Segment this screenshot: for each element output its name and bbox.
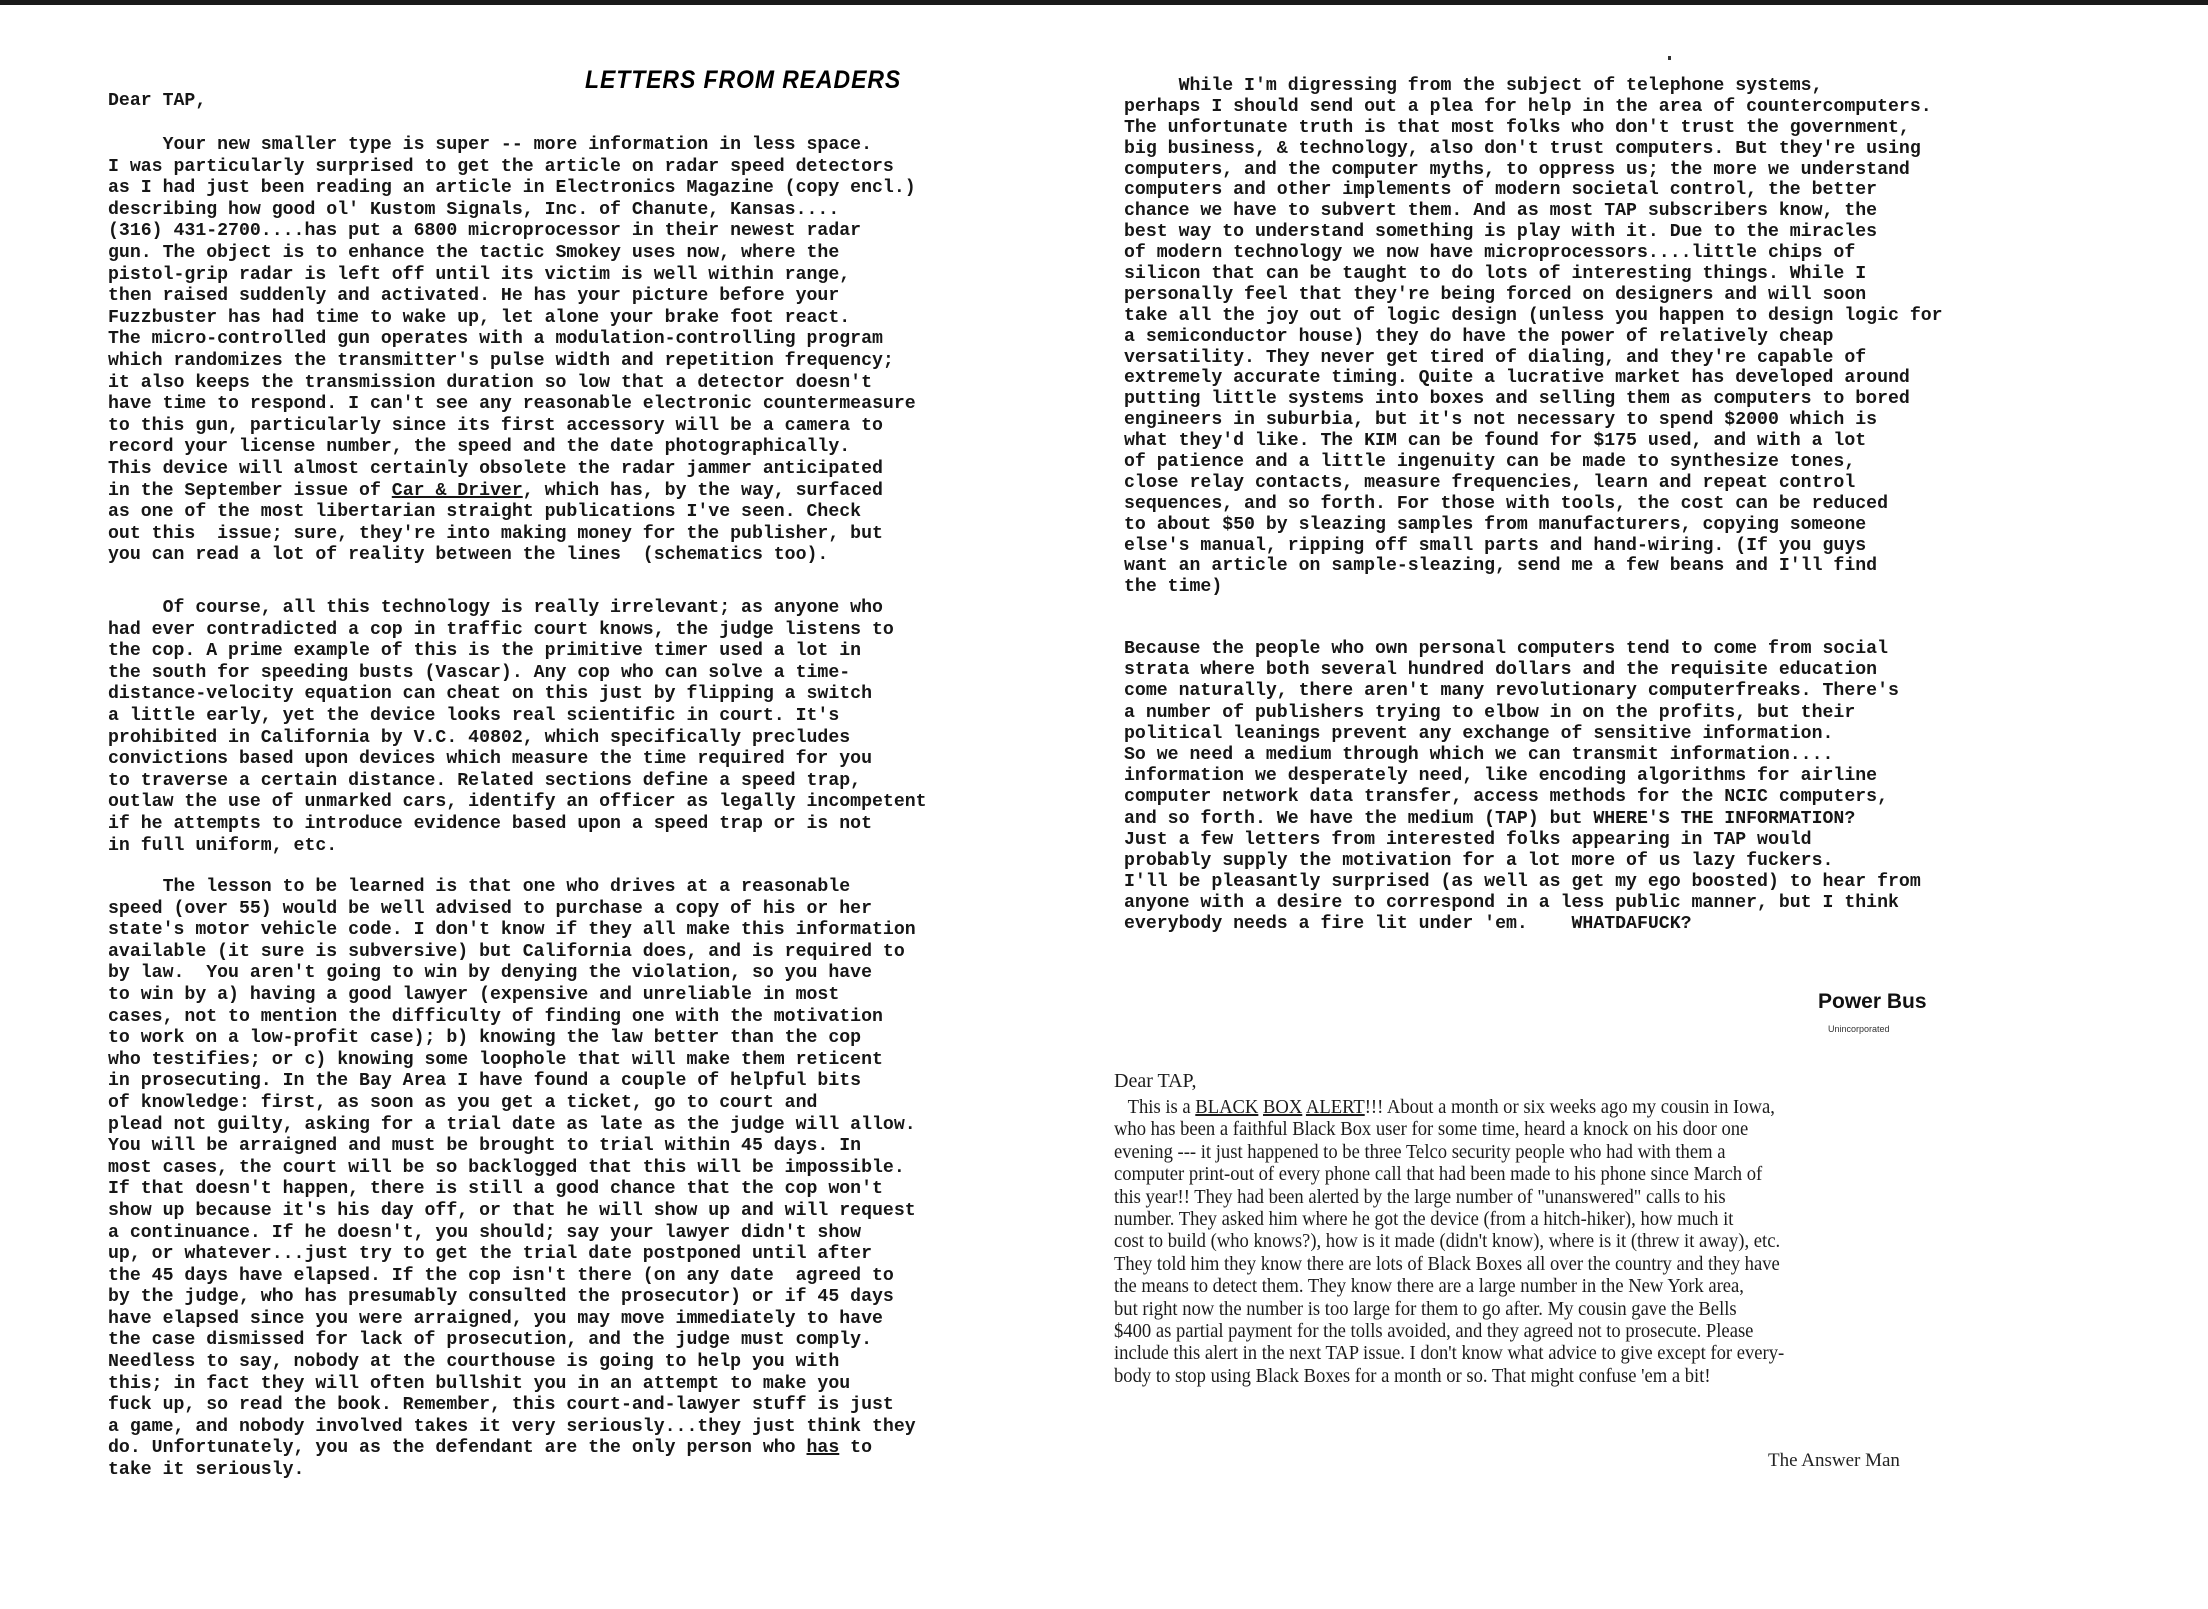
text-line: what they'd like. The KIM can be found f… — [1124, 431, 1943, 452]
text-line: want an article on sample-sleazing, send… — [1124, 556, 1943, 577]
text-line: the means to detect them. They know ther… — [1114, 1275, 1784, 1297]
text-line: If that doesn't happen, there is still a… — [108, 1179, 916, 1201]
text-line: the case dismissed for lack of prosecuti… — [108, 1330, 916, 1352]
text-line: computers and other implements of modern… — [1124, 180, 1943, 201]
text-line: of modern technology we now have micropr… — [1124, 243, 1943, 264]
text-line: Just a few letters from interested folks… — [1124, 830, 1921, 851]
text-line: take all the joy out of logic design (un… — [1124, 306, 1943, 327]
text-line: convictions based upon devices which mea… — [108, 749, 927, 771]
text-run: , which has, by the way, surfaced — [523, 481, 883, 501]
text-line: if he attempts to introduce evidence bas… — [108, 814, 927, 836]
text-line: extremely accurate timing. Quite a lucra… — [1124, 368, 1943, 389]
text-line: versatility. They never get tired of dia… — [1124, 348, 1943, 369]
text-run: !!! About a month or six weeks ago my co… — [1365, 1096, 1775, 1118]
text-line: in prosecuting. In the Bay Area I have f… — [108, 1071, 916, 1093]
text-line: this year!! They had been alerted by the… — [1114, 1186, 1784, 1208]
text-line: to about $50 by sleazing samples from ma… — [1124, 515, 1943, 536]
text-line: plead not guilty, asking for a trial dat… — [108, 1115, 916, 1137]
text-line: $400 as partial payment for the tolls av… — [1114, 1320, 1784, 1342]
text-line: cost to build (who knows?), how is it ma… — [1114, 1230, 1784, 1252]
text-line: a continuance. If he doesn't, you should… — [108, 1223, 916, 1245]
letter1-paragraph-3: The lesson to be learned is that one who… — [108, 877, 916, 1482]
text-line: take it seriously. — [108, 1460, 916, 1482]
text-line: the cop. A prime example of this is the … — [108, 641, 927, 663]
text-line: most cases, the court will be so backlog… — [108, 1158, 916, 1180]
text-line: in the September issue of Car & Driver, … — [108, 481, 916, 503]
text-line: The unfortunate truth is that most folks… — [1124, 118, 1943, 139]
text-line: but right now the number is too large fo… — [1114, 1298, 1784, 1320]
text-line: of patience and a little ingenuity can b… — [1124, 452, 1943, 473]
text-line: number. They asked him where he got the … — [1114, 1208, 1784, 1230]
text-line: computers, and the computer myths, to op… — [1124, 160, 1943, 181]
text-line: putting little systems into boxes and se… — [1124, 389, 1943, 410]
text-line: prohibited in California by V.C. 40802, … — [108, 728, 927, 750]
text-run: to — [839, 1438, 872, 1458]
letter1-signature: Power Bus — [1818, 990, 1927, 1014]
text-line: have time to respond. I can't see any re… — [108, 394, 916, 416]
text-line: state's motor vehicle code. I don't know… — [108, 920, 916, 942]
text-line: body to stop using Black Boxes for a mon… — [1114, 1365, 1784, 1387]
text-line: describing how good ol' Kustom Signals, … — [108, 200, 916, 222]
text-line: a semiconductor house) they do have the … — [1124, 327, 1943, 348]
text-line: I'll be pleasantly surprised (as well as… — [1124, 872, 1921, 893]
text-line: The micro-controlled gun operates with a… — [108, 329, 916, 351]
alert-word: BOX — [1263, 1096, 1302, 1118]
text-line: which randomizes the transmitter's pulse… — [108, 351, 916, 373]
text-line: strata where both several hundred dollar… — [1124, 660, 1921, 681]
letter2-body: This is a BLACK BOX ALERT!!! About a mon… — [1114, 1096, 1835, 1387]
text-line: a little early, yet the device looks rea… — [108, 706, 927, 728]
letter1-paragraph-1: Your new smaller type is super -- more i… — [108, 135, 916, 567]
text-line: a number of publishers trying to elbow i… — [1124, 703, 1921, 724]
text-line: sequences, and so forth. For those with … — [1124, 494, 1943, 515]
letter2-salutation: Dear TAP, — [1114, 1070, 1196, 1093]
text-line: perhaps I should send out a plea for hel… — [1124, 97, 1943, 118]
text-line: computer print-out of every phone call t… — [1114, 1163, 1784, 1185]
text-line: political leanings prevent any exchange … — [1124, 724, 1921, 745]
scan-speck — [1668, 56, 1671, 60]
text-line: of knowledge: first, as soon as you get … — [108, 1093, 916, 1115]
text-line: cases, not to mention the difficulty of … — [108, 1007, 916, 1029]
underlined-title: Car & Driver — [392, 481, 523, 501]
text-line: Because the people who own personal comp… — [1124, 639, 1921, 660]
text-line: it also keeps the transmission duration … — [108, 373, 916, 395]
text-line: This is a BLACK BOX ALERT!!! About a mon… — [1114, 1096, 1784, 1118]
text-line: to traverse a certain distance. Related … — [108, 771, 927, 793]
text-line: Needless to say, nobody at the courthous… — [108, 1352, 916, 1374]
letter1-signature-subtitle: Unincorporated — [1828, 1024, 1890, 1034]
text-line: who testifies; or c) knowing some loopho… — [108, 1050, 916, 1072]
text-line: as one of the most libertarian straight … — [108, 502, 916, 524]
text-line: who has been a faithful Black Box user f… — [1114, 1118, 1784, 1140]
underlined-word: has — [807, 1438, 840, 1458]
text-line: Of course, all this technology is really… — [108, 598, 927, 620]
text-line: close relay contacts, measure frequencie… — [1124, 473, 1943, 494]
text-line: The lesson to be learned is that one who… — [108, 877, 916, 899]
text-line: do. Unfortunately, you as the defendant … — [108, 1438, 916, 1460]
text-line: the 45 days have elapsed. If the cop isn… — [108, 1266, 916, 1288]
text-line: come naturally, there aren't many revolu… — [1124, 681, 1921, 702]
text-line: personally feel that they're being force… — [1124, 285, 1943, 306]
page-top-border — [0, 0, 2208, 5]
text-line: So we need a medium through which we can… — [1124, 745, 1921, 766]
text-line: show up because it's his day off, or tha… — [108, 1201, 916, 1223]
text-line: evening --- it just happened to be three… — [1114, 1141, 1784, 1163]
text-line: and so forth. We have the medium (TAP) b… — [1124, 809, 1921, 830]
text-line: I was particularly surprised to get the … — [108, 157, 916, 179]
text-line: everybody needs a fire lit under 'em. WH… — [1124, 914, 1921, 935]
text-run: in the September issue of — [108, 481, 392, 501]
text-line: fuck up, so read the book. Remember, thi… — [108, 1395, 916, 1417]
text-line: as I had just been reading an article in… — [108, 178, 916, 200]
text-line: big business, & technology, also don't t… — [1124, 139, 1943, 160]
text-line: information we desperately need, like en… — [1124, 766, 1921, 787]
text-line: speed (over 55) would be well advised to… — [108, 899, 916, 921]
text-line: best way to understand something is play… — [1124, 222, 1943, 243]
page-title: LETTERS FROM READERS — [585, 66, 901, 95]
text-line: had ever contradicted a cop in traffic c… — [108, 620, 927, 642]
text-line: you can read a lot of reality between th… — [108, 545, 916, 567]
text-line: include this alert in the next TAP issue… — [1114, 1342, 1784, 1364]
text-line: You will be arraigned and must be brough… — [108, 1136, 916, 1158]
text-line: engineers in suburbia, but it's not nece… — [1124, 410, 1943, 431]
text-line: have elapsed since you were arraigned, y… — [108, 1309, 916, 1331]
text-line: pistol-grip radar is left off until its … — [108, 265, 916, 287]
text-run: do. Unfortunately, you as the defendant … — [108, 1438, 807, 1458]
letter2-signature: The Answer Man — [1768, 1450, 1900, 1472]
text-line: the south for speeding busts (Vascar). A… — [108, 663, 927, 685]
text-line: out this issue; sure, they're into makin… — [108, 524, 916, 546]
text-line: a game, and nobody involved takes it ver… — [108, 1417, 916, 1439]
text-line: Fuzzbuster has had time to wake up, let … — [108, 308, 916, 330]
text-line: available (it sure is subversive) but Ca… — [108, 942, 916, 964]
letter1-paragraph-2: Of course, all this technology is really… — [108, 598, 927, 857]
text-line: While I'm digressing from the subject of… — [1124, 76, 1943, 97]
text-line: probably supply the motivation for a lot… — [1124, 851, 1921, 872]
letter1-paragraph-4: While I'm digressing from the subject of… — [1124, 76, 1943, 598]
text-line: distance-velocity equation can cheat on … — [108, 684, 927, 706]
text-line: to win by a) having a good lawyer (expen… — [108, 985, 916, 1007]
text-line: to this gun, particularly since its firs… — [108, 416, 916, 438]
letter1-paragraph-5: Because the people who own personal comp… — [1124, 639, 1921, 936]
letter1-salutation: Dear TAP, — [108, 91, 206, 111]
text-line: record your license number, the speed an… — [108, 437, 916, 459]
text-line: this; in fact they will often bullshit y… — [108, 1374, 916, 1396]
text-line: computer network data transfer, access m… — [1124, 787, 1921, 808]
text-line: outlaw the use of unmarked cars, identif… — [108, 792, 927, 814]
text-line: up, or whatever...just try to get the tr… — [108, 1244, 916, 1266]
text-line: else's manual, ripping off small parts a… — [1124, 536, 1943, 557]
text-line: silicon that can be taught to do lots of… — [1124, 264, 1943, 285]
text-line: They told him they know there are lots o… — [1114, 1253, 1784, 1275]
text-line: Your new smaller type is super -- more i… — [108, 135, 916, 157]
text-line: chance we have to subvert them. And as m… — [1124, 201, 1943, 222]
text-line: This device will almost certainly obsole… — [108, 459, 916, 481]
alert-word: BLACK — [1195, 1096, 1258, 1118]
text-line: in full uniform, etc. — [108, 836, 927, 858]
text-line: the time) — [1124, 577, 1943, 598]
text-line: to work on a low-profit case); b) knowin… — [108, 1028, 916, 1050]
text-run: This is a — [1114, 1096, 1195, 1118]
alert-word: ALERT — [1306, 1096, 1365, 1118]
text-line: (316) 431-2700....has put a 6800 micropr… — [108, 221, 916, 243]
text-line: by the judge, who has presumably consult… — [108, 1287, 916, 1309]
text-line: by law. You aren't going to win by denyi… — [108, 963, 916, 985]
text-line: anyone with a desire to correspond in a … — [1124, 893, 1921, 914]
text-line: gun. The object is to enhance the tactic… — [108, 243, 916, 265]
text-line: then raised suddenly and activated. He h… — [108, 286, 916, 308]
